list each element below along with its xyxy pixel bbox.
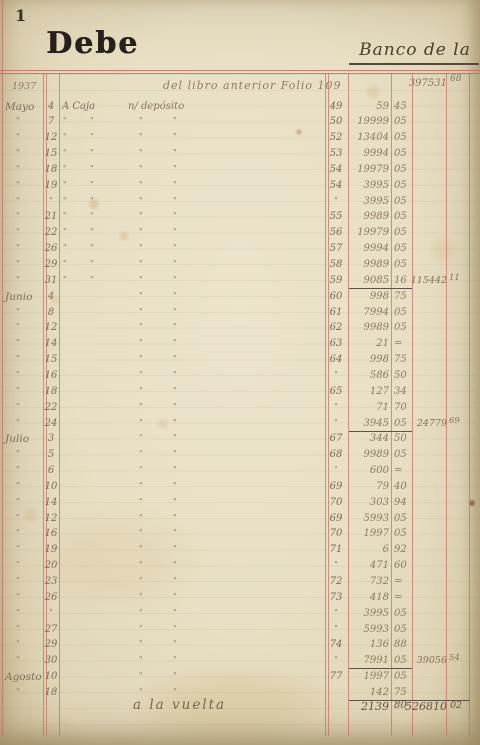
ditto-mark: ": [173, 164, 177, 173]
day-cell: 15: [43, 148, 59, 159]
ledger-row: "14""7030394: [0, 497, 480, 513]
ditto-mark: ": [63, 259, 67, 268]
ditto-mark: ": [139, 592, 143, 601]
ledger-row: "6"""600=: [0, 465, 480, 481]
cents-cell: 05: [394, 528, 410, 539]
cents-cell: =: [394, 465, 410, 476]
day-cell: 12: [43, 513, 59, 524]
ditto-mark: ": [173, 211, 177, 220]
day-cell: 12: [43, 132, 59, 143]
ref-number-cell: ": [326, 370, 346, 379]
day-cell: 21: [43, 211, 59, 222]
ref-number-cell: ": [326, 418, 346, 427]
amount-cell: 13404: [348, 132, 389, 143]
ledger-row: "19""""54399505: [0, 180, 480, 196]
ditto-mark: ": [139, 132, 143, 141]
ditto-mark: ": [139, 481, 143, 490]
ref-number-cell: 69: [326, 513, 346, 524]
ditto-mark: ": [139, 386, 143, 395]
ref-number-cell: 74: [326, 639, 346, 650]
ref-number-cell: 71: [326, 544, 346, 555]
ditto-mark: ": [139, 608, 143, 617]
bank-name-header: Banco de la: [352, 40, 478, 60]
ditto-mark: ": [173, 338, 177, 347]
cents-cell: 05: [394, 148, 410, 159]
day-cell: 22: [43, 227, 59, 238]
concept-cell: n/ depósito: [128, 101, 184, 112]
ditto-mark: ": [90, 116, 94, 125]
ledger-row: "22"""7170: [0, 402, 480, 418]
amount-cell: 142: [348, 687, 389, 698]
ref-number-cell: ": [326, 608, 346, 617]
amount-cell: 5993: [348, 624, 389, 635]
ditto-mark: ": [139, 513, 143, 522]
day-cell: 19: [43, 544, 59, 555]
amount-cell: 5993: [348, 513, 389, 524]
ref-number-cell: ": [326, 402, 346, 411]
amount-cell: 21: [348, 338, 389, 349]
ref-number-cell: 58: [326, 259, 346, 270]
ref-number-cell: 54: [326, 164, 346, 175]
day-cell: 23: [43, 576, 59, 587]
ledger-row: """""""399505: [0, 196, 480, 212]
day-cell: 14: [43, 338, 59, 349]
amount-cell: 71: [348, 402, 389, 413]
ditto-mark: ": [90, 227, 94, 236]
day-cell: 18: [43, 164, 59, 175]
ditto-mark: ": [173, 386, 177, 395]
cents-cell: 05: [394, 211, 410, 222]
subtotal-cell: 39056: [400, 655, 447, 666]
ditto-mark: ": [173, 687, 177, 696]
ditto-mark: ": [173, 132, 177, 141]
ref-number-cell: 65: [326, 386, 346, 397]
day-cell: 4: [43, 291, 59, 302]
ditto-mark: ": [139, 322, 143, 331]
ditto-mark: ": [90, 243, 94, 252]
ditto-mark: ": [173, 433, 177, 442]
ref-number-cell: ": [326, 624, 346, 633]
ditto-mark: ": [173, 449, 177, 458]
ledger-row: "12""""521340405: [0, 132, 480, 148]
ditto-mark: ": [173, 180, 177, 189]
ditto-mark: ": [139, 402, 143, 411]
ledger-row: "29""7413688: [0, 639, 480, 655]
ditto-mark: ": [173, 576, 177, 585]
ditto-mark: ": [139, 528, 143, 537]
amount-cell: 1997: [348, 528, 389, 539]
amount-cell: 1997: [348, 671, 389, 682]
opening-balance-amount: 397531: [395, 78, 447, 89]
ditto-mark: ": [173, 655, 177, 664]
cents-cell: 75: [394, 354, 410, 365]
ledger-row: "30"""7991053905654: [0, 655, 480, 671]
ledger-row: "14""6321=: [0, 338, 480, 354]
day-cell: ": [43, 196, 59, 205]
amount-cell: 3945: [348, 418, 389, 429]
ledger-row: Julio3""6734450: [0, 433, 480, 449]
cents-cell: 05: [394, 624, 410, 635]
footer-carried-total-cents: 02: [450, 700, 462, 711]
cents-cell: 05: [394, 307, 410, 318]
ref-number-cell: ": [326, 196, 346, 205]
ditto-mark: ": [63, 196, 67, 205]
ledger-row: "18""""541997905: [0, 164, 480, 180]
ref-number-cell: 53: [326, 148, 346, 159]
cents-cell: 88: [394, 639, 410, 650]
cents-cell: 05: [394, 608, 410, 619]
ditto-mark: ": [173, 624, 177, 633]
ref-number-cell: 73: [326, 592, 346, 603]
cents-cell: 94: [394, 497, 410, 508]
ditto-mark: ": [173, 528, 177, 537]
ledger-row: Mayo4A Cajan/ depósito495945: [0, 101, 480, 117]
subtotal-cell: 24779: [400, 418, 447, 429]
ref-number-cell: ": [326, 655, 346, 664]
ditto-mark: ": [173, 497, 177, 506]
ledger-row: "15""6499875: [0, 354, 480, 370]
ledger-row: "12""69599305: [0, 513, 480, 529]
ledger-row: "16"""58650: [0, 370, 480, 386]
day-cell: 29: [43, 259, 59, 270]
ditto-mark: ": [139, 291, 143, 300]
cents-cell: 05: [394, 259, 410, 270]
ditto-mark: ": [173, 148, 177, 157]
ditto-mark: ": [139, 671, 143, 680]
ledger-row: "7""""501999905: [0, 116, 480, 132]
ledger-row: "23""72732=: [0, 576, 480, 592]
ditto-mark: ": [139, 338, 143, 347]
ditto-mark: ": [173, 402, 177, 411]
cents-cell: 92: [394, 544, 410, 555]
ledger-row: Junio4""6099875: [0, 291, 480, 307]
amount-cell: 19999: [348, 116, 389, 127]
ditto-mark: ": [139, 211, 143, 220]
ditto-mark: ": [139, 180, 143, 189]
subtotal-cents-cell: 54: [449, 653, 467, 663]
day-cell: 6: [43, 465, 59, 476]
ditto-mark: ": [173, 481, 177, 490]
day-cell: ": [43, 608, 59, 617]
cents-cell: 60: [394, 560, 410, 571]
ditto-mark: ": [173, 259, 177, 268]
amount-cell: 3995: [348, 196, 389, 207]
cents-cell: 05: [394, 132, 410, 143]
cents-cell: 40: [394, 481, 410, 492]
opening-balance-cents: 68: [450, 74, 461, 84]
ditto-mark: ": [139, 560, 143, 569]
ref-number-cell: 70: [326, 528, 346, 539]
ref-number-cell: 69: [326, 481, 346, 492]
red-rule-horizontal: [0, 70, 480, 71]
ref-number-cell: 72: [326, 576, 346, 587]
amount-cell: 7994: [348, 307, 389, 318]
ditto-mark: ": [139, 687, 143, 696]
ledger-row: Agosto10""77199705: [0, 671, 480, 687]
amount-cell: 471: [348, 560, 389, 571]
ref-number-cell: 68: [326, 449, 346, 460]
cents-cell: 05: [394, 671, 410, 682]
ditto-mark: ": [90, 148, 94, 157]
ledger-row: "10""697940: [0, 481, 480, 497]
cents-cell: 75: [394, 291, 410, 302]
ditto-mark: ": [139, 307, 143, 316]
ledger-row: "5""68998905: [0, 449, 480, 465]
ditto-mark: ": [139, 259, 143, 268]
ditto-mark: ": [173, 243, 177, 252]
cents-cell: 05: [394, 164, 410, 175]
ledger-row: "26""""57999405: [0, 243, 480, 259]
cents-cell: 05: [394, 513, 410, 524]
cents-cell: 05: [394, 322, 410, 333]
ref-number-cell: 61: [326, 307, 346, 318]
ditto-mark: ": [173, 307, 177, 316]
ref-number-cell: 70: [326, 497, 346, 508]
ditto-mark: ": [173, 291, 177, 300]
ledger-row: "15""""53999405: [0, 148, 480, 164]
ditto-mark: ": [90, 180, 94, 189]
opening-note: del libro anterior Folio 109: [163, 79, 342, 92]
month-cell: Agosto: [5, 671, 42, 683]
amount-cell: 418: [348, 592, 389, 603]
subtotal-rule: [349, 668, 412, 669]
ditto-mark: ": [90, 275, 94, 284]
amount-cell: 344: [348, 433, 389, 444]
cents-cell: 05: [394, 243, 410, 254]
day-cell: 3: [43, 433, 59, 444]
ditto-mark: ": [139, 275, 143, 284]
ditto-mark: ": [139, 370, 143, 379]
cents-cell: 50: [394, 370, 410, 381]
ditto-mark: ": [139, 116, 143, 125]
subtotal-cents-cell: 69: [449, 416, 467, 426]
ref-number-cell: 59: [326, 275, 346, 286]
ditto-mark: ": [139, 449, 143, 458]
cents-cell: =: [394, 338, 410, 349]
ditto-mark: ": [63, 132, 67, 141]
ditto-mark: ": [173, 465, 177, 474]
ref-number-cell: ": [326, 465, 346, 474]
day-cell: 29: [43, 639, 59, 650]
ledger-row: "31""""5990851611544211: [0, 275, 480, 291]
amount-cell: 19979: [348, 164, 389, 175]
amount-cell: 9989: [348, 322, 389, 333]
day-cell: 20: [43, 560, 59, 571]
ledger-row: "8""61799405: [0, 307, 480, 323]
subtotal-cents-cell: 11: [449, 273, 467, 283]
ledger-row: "27"""599305: [0, 624, 480, 640]
day-cell: 26: [43, 243, 59, 254]
ditto-mark: ": [63, 164, 67, 173]
ledger-row: "26""73418=: [0, 592, 480, 608]
cents-cell: 70: [394, 402, 410, 413]
day-cell: 16: [43, 528, 59, 539]
day-cell: 7: [43, 116, 59, 127]
amount-cell: 9994: [348, 243, 389, 254]
ditto-mark: ": [63, 148, 67, 157]
ditto-mark: ": [173, 116, 177, 125]
ditto-mark: ": [63, 116, 67, 125]
ditto-mark: ": [173, 513, 177, 522]
amount-cell: 586: [348, 370, 389, 381]
ditto-mark: ": [139, 497, 143, 506]
day-cell: 10: [43, 671, 59, 682]
day-cell: 14: [43, 497, 59, 508]
ditto-mark: ": [139, 196, 143, 205]
amount-cell: 600: [348, 465, 389, 476]
ditto-mark: ": [139, 576, 143, 585]
amount-cell: 732: [348, 576, 389, 587]
ditto-mark: ": [90, 196, 94, 205]
ditto-mark: ": [90, 259, 94, 268]
day-cell: 18: [43, 386, 59, 397]
subtotal-rule: [349, 431, 412, 432]
subtotal-rule: [349, 288, 412, 289]
day-cell: 24: [43, 418, 59, 429]
ditto-mark: ": [173, 227, 177, 236]
day-cell: 26: [43, 592, 59, 603]
day-cell: 18: [43, 687, 59, 698]
day-cell: 4: [43, 101, 59, 112]
ref-number-cell: 60: [326, 291, 346, 302]
ref-number-cell: 56: [326, 227, 346, 238]
ditto-mark: ": [139, 227, 143, 236]
account-cell: A Caja: [62, 101, 95, 112]
footer-period-amount: 2139: [336, 700, 389, 713]
ledger-row: """""399505: [0, 608, 480, 624]
ditto-mark: ": [63, 243, 67, 252]
amount-cell: 998: [348, 291, 389, 302]
page-number: 1: [15, 6, 27, 25]
ref-number-cell: 63: [326, 338, 346, 349]
amount-cell: 19979: [348, 227, 389, 238]
ledger-row: "20"""47160: [0, 560, 480, 576]
day-cell: 16: [43, 370, 59, 381]
ditto-mark: ": [63, 211, 67, 220]
ref-number-cell: 64: [326, 354, 346, 365]
ditto-mark: ": [139, 465, 143, 474]
day-cell: 10: [43, 481, 59, 492]
ditto-mark: ": [139, 544, 143, 553]
ditto-mark: ": [63, 275, 67, 284]
ditto-mark: ": [173, 544, 177, 553]
ref-number-cell: 57: [326, 243, 346, 254]
ditto-mark: ": [173, 639, 177, 648]
ditto-mark: ": [173, 592, 177, 601]
cents-cell: 05: [394, 116, 410, 127]
amount-cell: 998: [348, 354, 389, 365]
ditto-mark: ": [139, 148, 143, 157]
ledger-row: "22""""561997905: [0, 227, 480, 243]
cents-cell: =: [394, 592, 410, 603]
ditto-mark: ": [173, 418, 177, 427]
amount-cell: 303: [348, 497, 389, 508]
ditto-mark: ": [90, 164, 94, 173]
cents-cell: 50: [394, 433, 410, 444]
day-cell: 12: [43, 322, 59, 333]
ditto-mark: ": [139, 418, 143, 427]
ditto-mark: ": [90, 132, 94, 141]
amount-cell: 9989: [348, 211, 389, 222]
ditto-mark: ": [63, 227, 67, 236]
cents-cell: 45: [394, 101, 410, 112]
footer-carried-label: a la vuelta: [133, 697, 226, 713]
amount-cell: 3995: [348, 180, 389, 191]
day-cell: 31: [43, 275, 59, 286]
amount-cell: 79: [348, 481, 389, 492]
month-cell: Mayo: [5, 101, 42, 113]
amount-cell: 9989: [348, 449, 389, 460]
ref-number-cell: 62: [326, 322, 346, 333]
year-label: 1937: [12, 81, 36, 92]
ditto-mark: ": [173, 608, 177, 617]
amount-cell: 9085: [348, 275, 389, 286]
day-cell: 30: [43, 655, 59, 666]
page-title-debe: Debe: [46, 26, 139, 61]
cents-cell: 05: [394, 227, 410, 238]
ditto-mark: ": [63, 180, 67, 189]
day-cell: 22: [43, 402, 59, 413]
amount-cell: 9989: [348, 259, 389, 270]
ditto-mark: ": [139, 433, 143, 442]
cents-cell: =: [394, 576, 410, 587]
ditto-mark: ": [90, 211, 94, 220]
ditto-mark: ": [173, 196, 177, 205]
ditto-mark: ": [139, 655, 143, 664]
ditto-mark: ": [173, 275, 177, 284]
ditto-mark: ": [139, 354, 143, 363]
subtotal-cell: 115442: [400, 275, 447, 286]
day-cell: 15: [43, 354, 59, 365]
amount-cell: 136: [348, 639, 389, 650]
ref-number-cell: 67: [326, 433, 346, 444]
ditto-mark: ": [173, 322, 177, 331]
ref-number-cell: 77: [326, 671, 346, 682]
red-rule-horizontal: [0, 73, 480, 74]
ditto-mark: ": [173, 354, 177, 363]
ledger-row: "24"""3945052477969: [0, 418, 480, 434]
day-cell: 8: [43, 307, 59, 318]
ledger-row: "19""71692: [0, 544, 480, 560]
ditto-mark: ": [139, 243, 143, 252]
cents-cell: 05: [394, 449, 410, 460]
amount-cell: 7991: [348, 655, 389, 666]
ledger-row: "12""62998905: [0, 322, 480, 338]
ditto-mark: ": [139, 624, 143, 633]
cents-cell: 05: [394, 180, 410, 191]
day-cell: 27: [43, 624, 59, 635]
ditto-mark: ": [173, 370, 177, 379]
month-cell: Junio: [5, 291, 42, 303]
ditto-mark: ": [139, 639, 143, 648]
ref-number-cell: 49: [326, 101, 346, 112]
ledger-row: "18""6512734: [0, 386, 480, 402]
amount-cell: 3995: [348, 608, 389, 619]
ditto-mark: ": [173, 560, 177, 569]
ledger-row: "16""70199705: [0, 528, 480, 544]
ref-number-cell: 55: [326, 211, 346, 222]
ref-number-cell: ": [326, 560, 346, 569]
day-cell: 5: [43, 449, 59, 460]
ref-number-cell: 52: [326, 132, 346, 143]
ref-number-cell: 54: [326, 180, 346, 191]
ditto-mark: ": [173, 671, 177, 680]
ledger-row: "29""""58998905: [0, 259, 480, 275]
amount-cell: 9994: [348, 148, 389, 159]
ref-number-cell: 50: [326, 116, 346, 127]
footer-carried-total: 526810: [396, 700, 447, 713]
cents-cell: 34: [394, 386, 410, 397]
